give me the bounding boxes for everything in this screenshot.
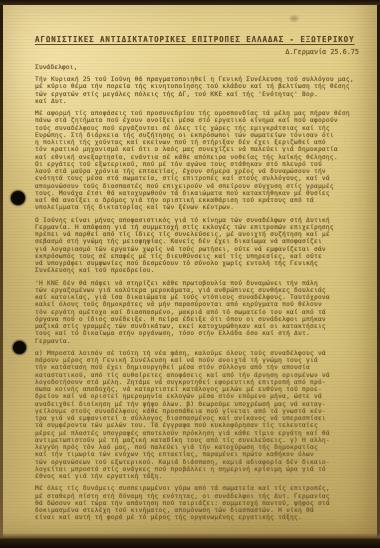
paragraph-4: 'Η ΚΝΕ δέν θά πάψει νά στηρίζει κάθε πρω… [35, 280, 363, 345]
paragraph-5: α) Μπροστά λοιπόν σέ τούτη τή νέα φάση, … [35, 350, 363, 481]
paragraph-6: Μέ όλες τίς δυνάμεις συσπειρωμένοι γύρω … [35, 485, 363, 521]
date-line: Δ.Γερμανία 25.6.75 [35, 48, 363, 56]
paragraph-2: Μέ αφορμή τίς αποφάσεις τού προσυνεδρίου… [35, 110, 363, 212]
scan-edge-left [0, 0, 3, 548]
hole-punch-mark-top [11, 191, 25, 205]
document-content: ΑΓΩΝΙΣΤΙΚΕΣ ΑΝΤΙΔΙΚΤΑΤΟΡΙΚΕΣ ΕΠΙΤΡΟΠΕΣ Ε… [35, 35, 363, 522]
document-title: ΑΓΩΝΙΣΤΙΚΕΣ ΑΝΤΙΔΙΚΤΑΤΟΡΙΚΕΣ ΕΠΙΤΡΟΠΕΣ Ε… [35, 35, 363, 44]
paragraph-1: Τήν Κυριακή 25 τού Ιούνη θά πραγματοποιη… [35, 76, 363, 105]
scan-edge-bottom [0, 539, 380, 548]
paragraph-3: Ο Ιούνης είναι μήνας αποφασιστικός γιά τ… [35, 217, 363, 275]
scanned-document: ΑΓΩΝΙΣΤΙΚΕΣ ΑΝΤΙΔΙΚΤΑΤΟΡΙΚΕΣ ΕΠΙΤΡΟΠΕΣ Ε… [0, 0, 380, 548]
smudge-mark [288, 14, 300, 23]
greeting-line: Συνάδελφοι, [35, 63, 363, 71]
scan-edge-top [0, 0, 380, 5]
hole-punch-mark-bottom [13, 341, 26, 354]
